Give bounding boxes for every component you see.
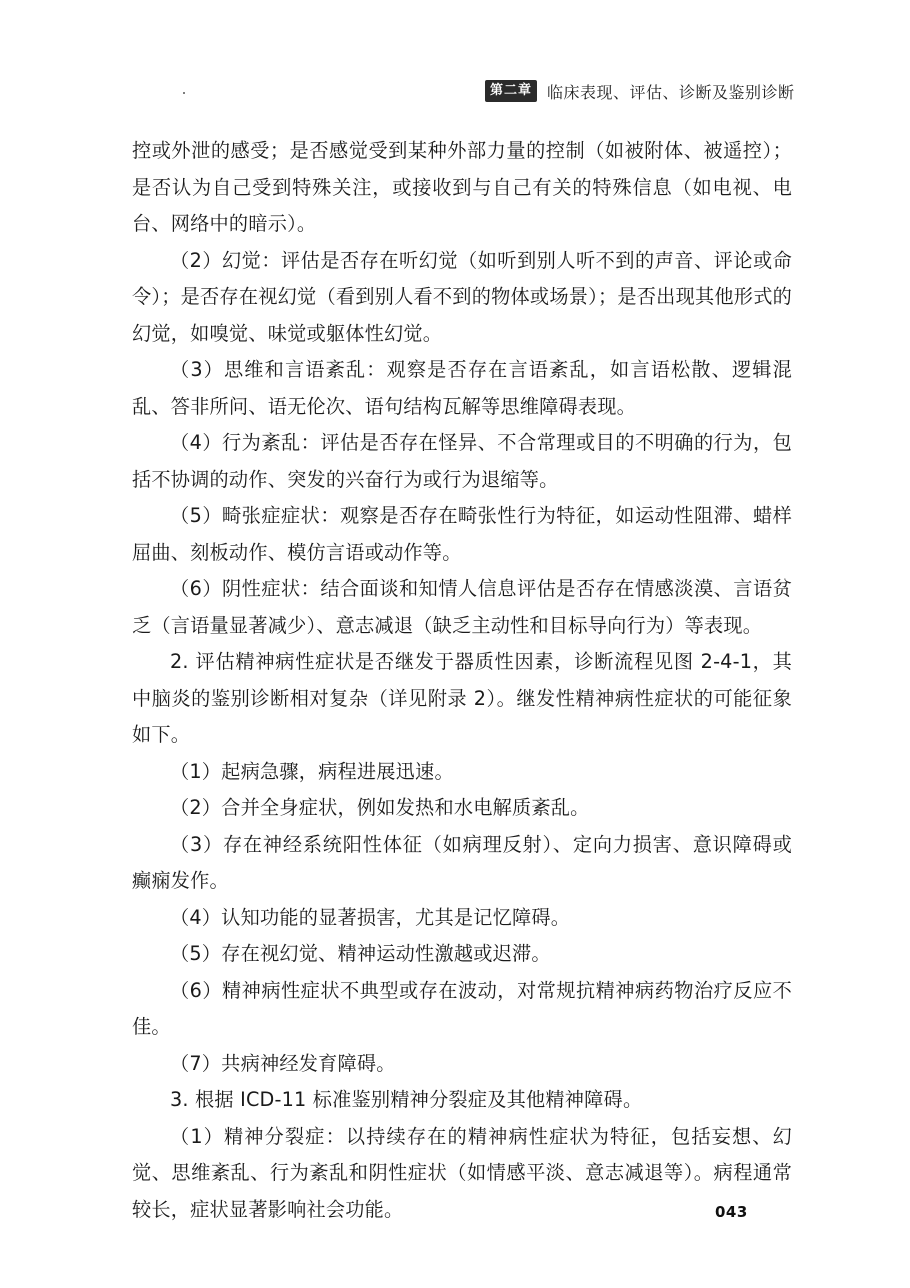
scan-dot-mark — [183, 92, 185, 94]
paragraph-schizophrenia: （1）精神分裂症：以持续存在的精神病性症状为特征，包括妄想、幻觉、思维紊乱、行为… — [132, 1119, 792, 1229]
paragraph-negative-symptoms: （6）阴性症状：结合面谈和知情人信息评估是否存在情感淡漠、言语贫乏（言语量显著减… — [132, 571, 792, 644]
running-header: 第二章 临床表现、评估、诊断及鉴别诊断 — [485, 78, 795, 104]
chapter-badge: 第二章 — [485, 80, 537, 102]
paragraph-organic-factors: 2. 评估精神病性症状是否继发于器质性因素，诊断流程见图 2-4-1，其中脑炎的… — [132, 644, 792, 754]
page-number: 043 — [715, 1203, 748, 1221]
paragraph: 控或外泄的感受；是否感觉受到某种外部力量的控制（如被附体、被遥控）；是否认为自己… — [132, 133, 792, 243]
paragraph-icd11: 3. 根据 ICD-11 标准鉴别精神分裂症及其他精神障碍。 — [132, 1082, 792, 1119]
list-item: （7）共病神经发育障碍。 — [132, 1046, 792, 1083]
chapter-title: 临床表现、评估、诊断及鉴别诊断 — [547, 80, 795, 103]
paragraph-catatonia: （5）畸张症症状：观察是否存在畸张性行为特征，如运动性阻滞、蜡样屈曲、刻板动作、… — [132, 498, 792, 571]
body-text: 控或外泄的感受；是否感觉受到某种外部力量的控制（如被附体、被遥控）；是否认为自己… — [132, 133, 792, 1228]
list-item: （3）存在神经系统阳性体征（如病理反射）、定向力损害、意识障碍或癫痫发作。 — [132, 827, 792, 900]
list-item: （5）存在视幻觉、精神运动性激越或迟滞。 — [132, 936, 792, 973]
list-item: （4）认知功能的显著损害，尤其是记忆障碍。 — [132, 900, 792, 937]
list-item: （6）精神病性症状不典型或存在波动，对常规抗精神病药物治疗反应不佳。 — [132, 973, 792, 1046]
paragraph-behavior-disorder: （4）行为紊乱：评估是否存在怪异、不合常理或目的不明确的行为，包括不协调的动作、… — [132, 425, 792, 498]
list-item: （1）起病急骤，病程进展迅速。 — [132, 754, 792, 791]
list-item: （2）合并全身症状，例如发热和水电解质紊乱。 — [132, 790, 792, 827]
paragraph-thought-disorder: （3）思维和言语紊乱：观察是否存在言语紊乱，如言语松散、逻辑混乱、答非所问、语无… — [132, 352, 792, 425]
paragraph-hallucination: （2）幻觉：评估是否存在听幻觉（如听到别人听不到的声音、评论或命令）；是否存在视… — [132, 243, 792, 353]
